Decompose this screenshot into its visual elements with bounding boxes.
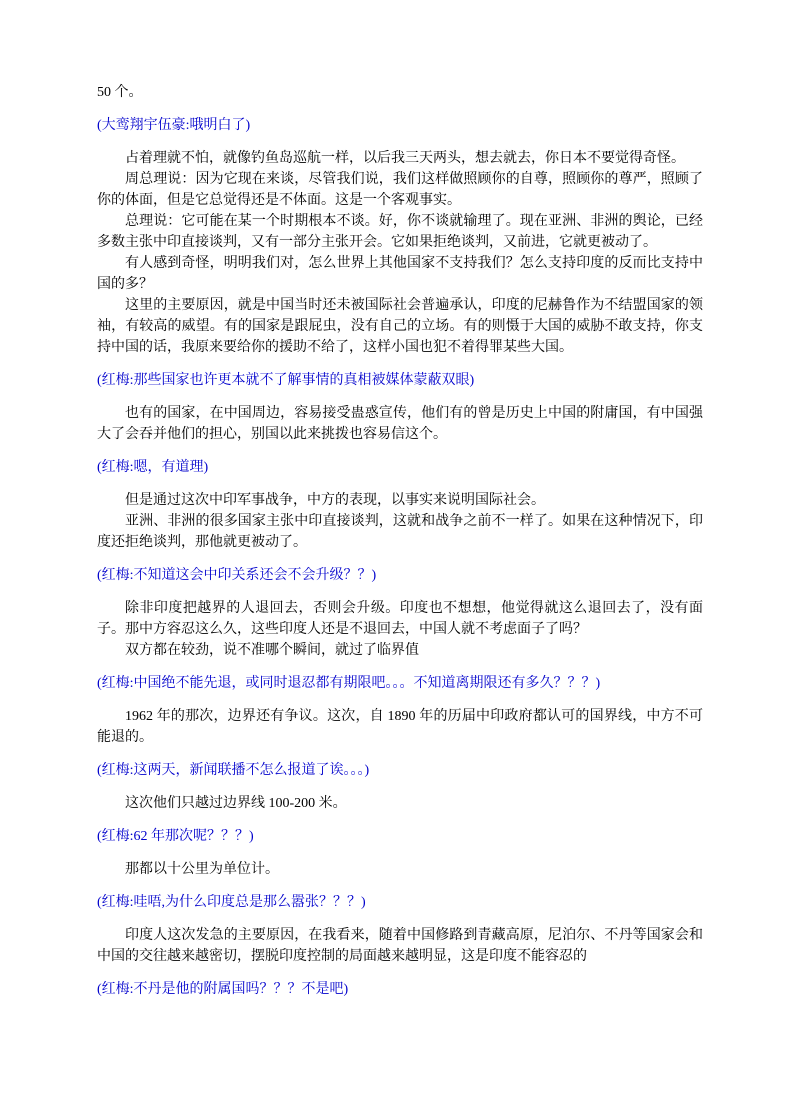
paragraph: 亚洲、非洲的很多国家主张中印直接谈判，这就和战争之前不一样了。如果在这种情况下，… <box>97 511 703 553</box>
annotation-comment: (红梅:哇唔,为什么印度总是那么嚣张？？？) <box>97 892 703 913</box>
annotation-comment: (红梅:62 年那次呢？？？) <box>97 826 703 847</box>
paragraph: 但是通过这次中印军事战争，中方的表现，以事实来说明国际社会。 <box>97 490 703 511</box>
paragraph: 那都以十公里为单位计。 <box>97 859 703 880</box>
annotation-comment: (红梅:中国绝不能先退，或同时退忍都有期限吧。。。不知道离期限还有多久？？？) <box>97 673 703 694</box>
paragraph: 周总理说：因为它现在来谈，尽管我们说，我们这样做照顾你的自尊，照顾你的尊严，照顾… <box>97 169 703 211</box>
paragraph: 1962 年的那次，边界还有争议。这次，自 1890 年的历届中印政府都认可的国… <box>97 706 703 748</box>
paragraph: 印度人这次发急的主要原因，在我看来，随着中国修路到青藏高原，尼泊尔、不丹等国家会… <box>97 925 703 967</box>
annotation-comment: (红梅:嗯，有道理) <box>97 457 703 478</box>
paragraph: 也有的国家，在中国周边，容易接受蛊惑宣传，他们有的曾是历史上中国的附庸国，有中国… <box>97 403 703 445</box>
paragraph: 占着理就不怕，就像钓鱼岛巡航一样，以后我三天两头，想去就去，你日本不要觉得奇怪。 <box>97 148 703 169</box>
paragraph: 双方都在较劲，说不准哪个瞬间，就过了临界值 <box>97 640 703 661</box>
paragraph: 这里的主要原因，就是中国当时还未被国际社会普遍承认，印度的尼赫鲁作为不结盟国家的… <box>97 295 703 358</box>
document-page: 50 个。(大鸾翔宇伍豪:哦明白了)占着理就不怕，就像钓鱼岛巡航一样，以后我三天… <box>0 0 800 1100</box>
annotation-comment: (红梅:不知道这会中印关系还会不会升级？？) <box>97 565 703 586</box>
paragraph: 50 个。 <box>97 82 703 103</box>
annotation-comment: (红梅:不丹是他的附属国吗？？？不是吧) <box>97 979 703 1000</box>
annotation-comment: (红梅:这两天，新闻联播不怎么报道了诶。。。) <box>97 760 703 781</box>
paragraph: 这次他们只越过边界线 100-200 米。 <box>97 793 703 814</box>
paragraph: 总理说：它可能在某一个时期根本不谈。好，你不谈就输理了。现在亚洲、非洲的舆论，已… <box>97 211 703 253</box>
annotation-comment: (大鸾翔宇伍豪:哦明白了) <box>97 115 703 136</box>
annotation-comment: (红梅:那些国家也许更本就不了解事情的真相被媒体蒙蔽双眼) <box>97 370 703 391</box>
paragraph: 除非印度把越界的人退回去，否则会升级。印度也不想想，他觉得就这么退回去了，没有面… <box>97 598 703 640</box>
document-body: 50 个。(大鸾翔宇伍豪:哦明白了)占着理就不怕，就像钓鱼岛巡航一样，以后我三天… <box>97 82 703 1012</box>
paragraph: 有人感到奇怪，明明我们对，怎么世界上其他国家不支持我们？怎么支持印度的反而比支持… <box>97 253 703 295</box>
